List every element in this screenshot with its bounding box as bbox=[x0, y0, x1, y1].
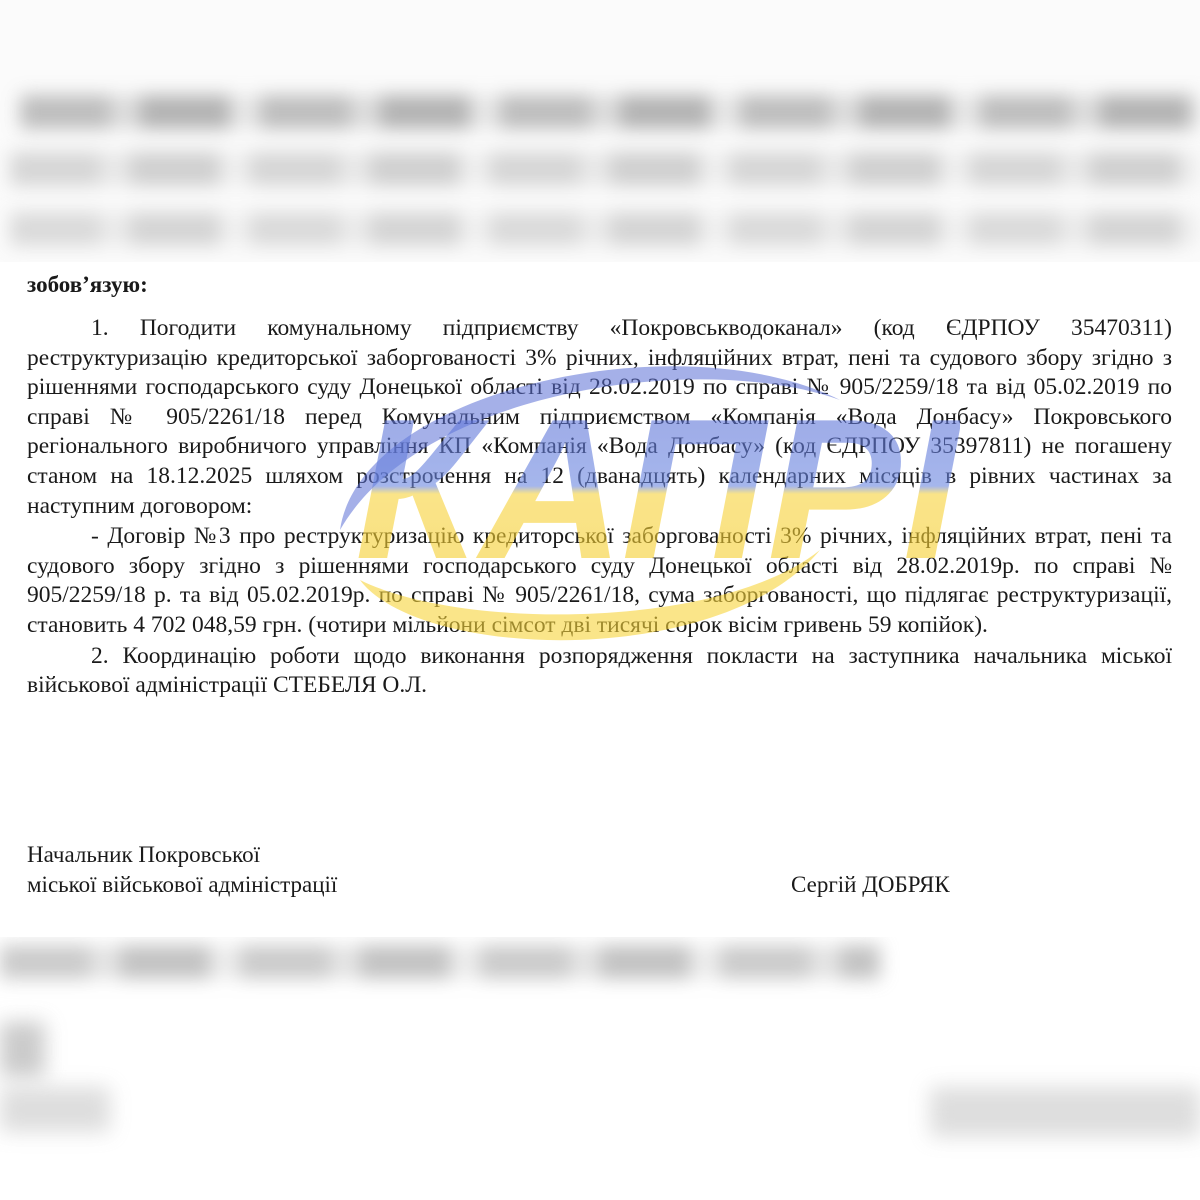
signatory-title: Начальник Покровської міської військової… bbox=[27, 840, 337, 900]
signatory-title-line-2: міської військової адміністрації bbox=[27, 870, 337, 900]
redacted-top-region bbox=[0, 0, 1200, 262]
paragraph-1: 1. Погодити комунальному підприємству «П… bbox=[27, 314, 1172, 521]
paragraph-contract: - Договір №3 про реструктуризацію кредит… bbox=[27, 522, 1172, 640]
redacted-bottom-region bbox=[0, 937, 1200, 1200]
paragraph-2: 2. Координацію роботи щодо виконання роз… bbox=[27, 642, 1172, 701]
document-page: зобов’язую: 1. Погодити комунальному під… bbox=[0, 262, 1200, 937]
signatory-title-line-1: Начальник Покровської bbox=[27, 840, 337, 870]
document-heading: зобов’язую: bbox=[27, 268, 1172, 302]
signatory-name: Сергій ДОБРЯК bbox=[791, 870, 950, 900]
